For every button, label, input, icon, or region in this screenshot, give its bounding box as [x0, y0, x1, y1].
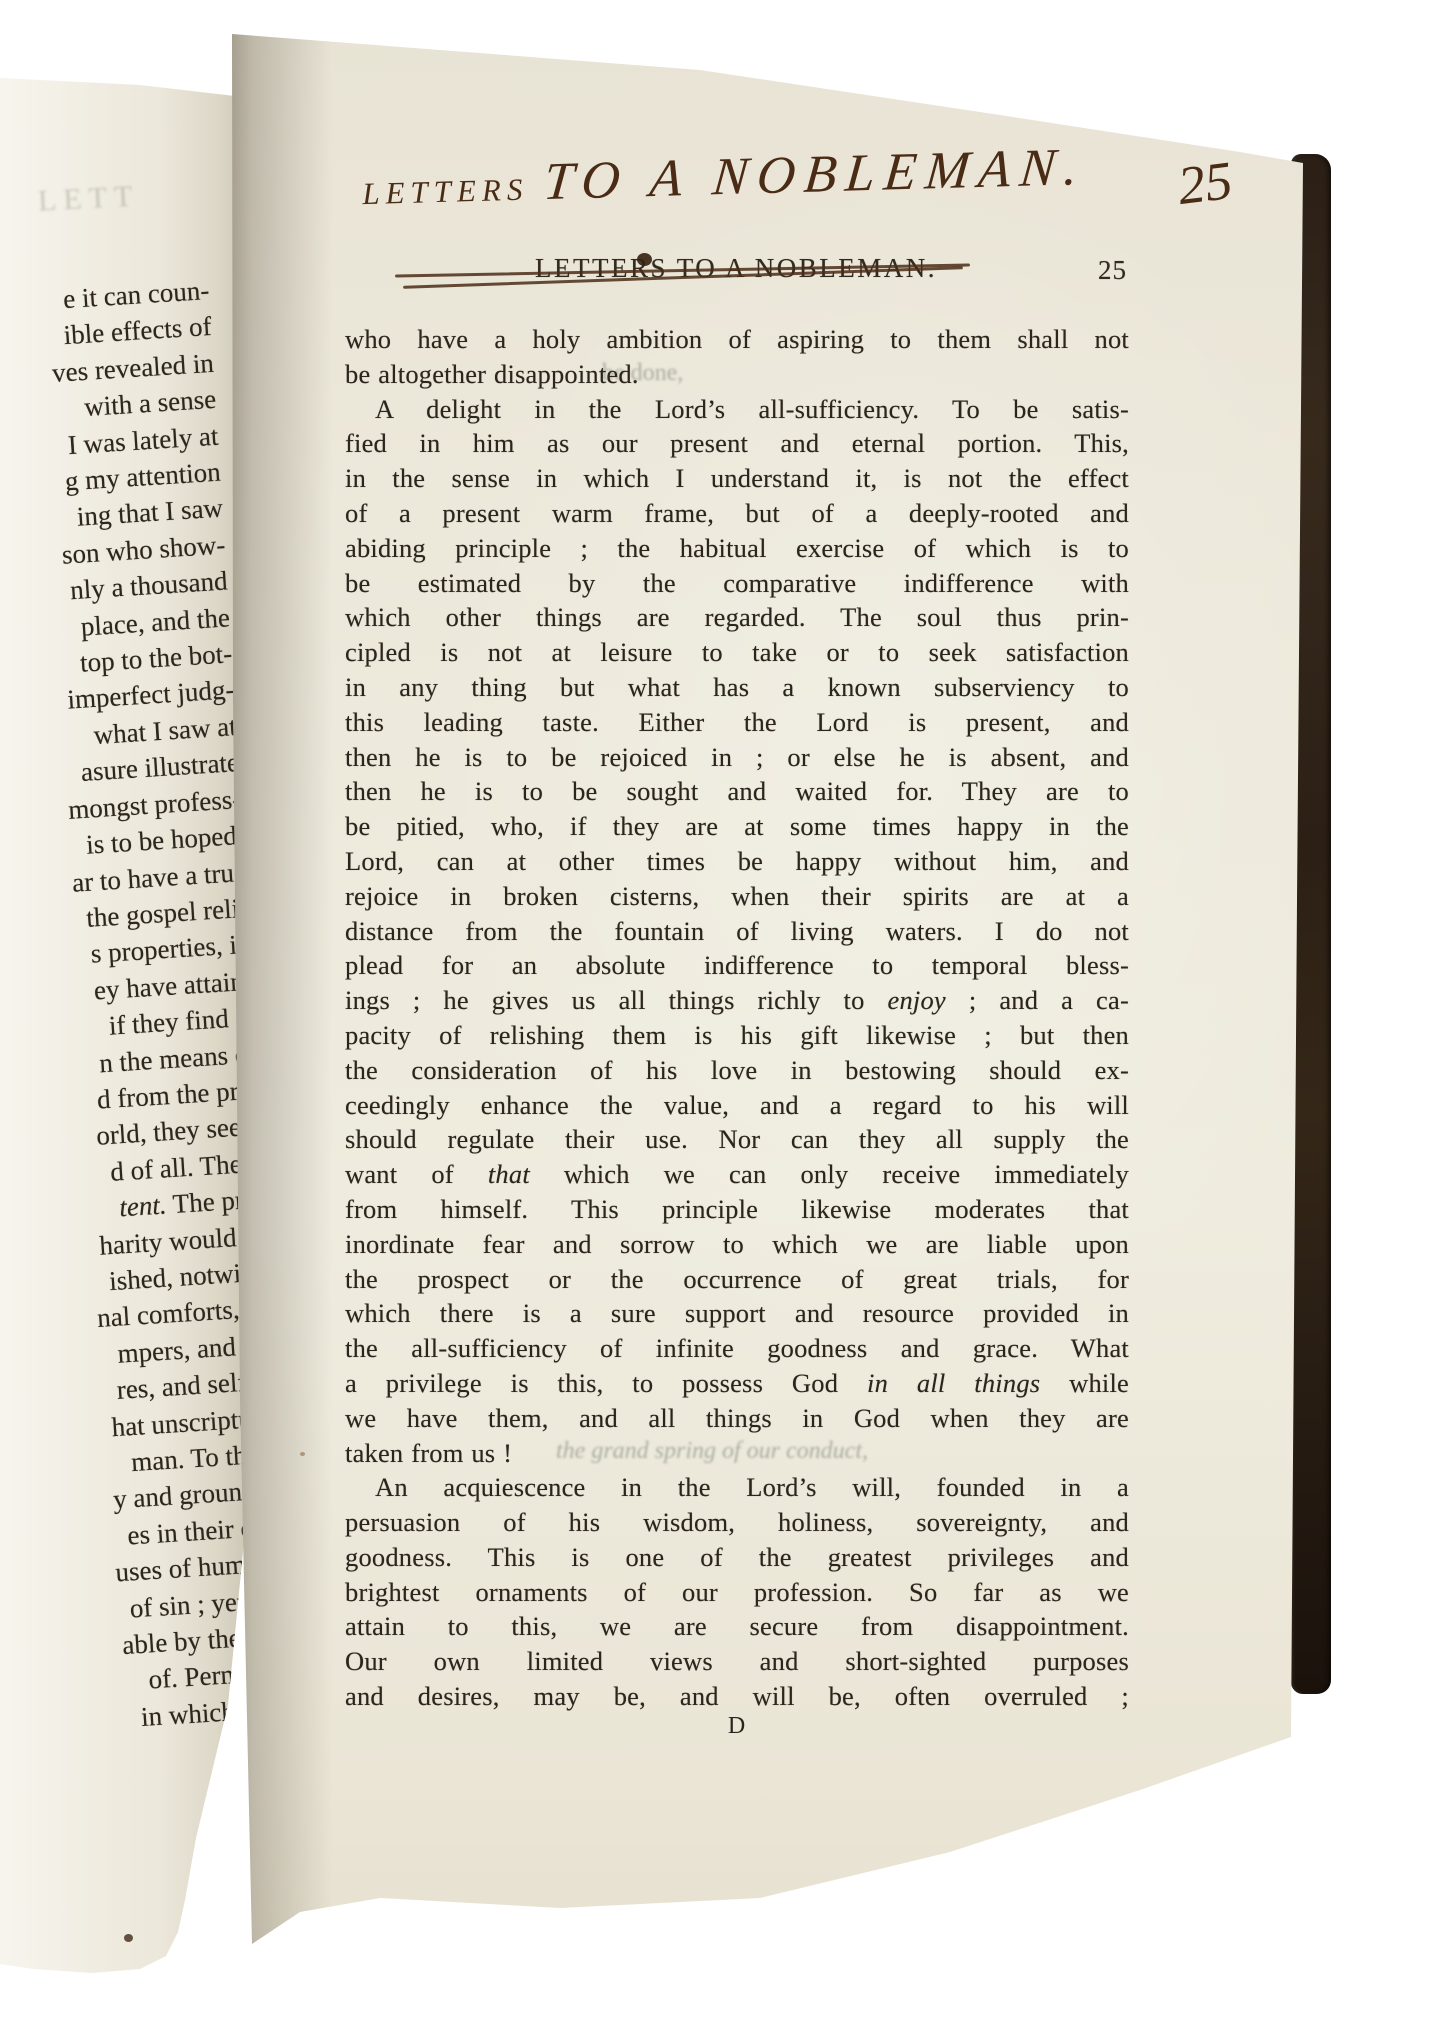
printed-running-head: LETTERS TO A NOBLEMAN. 25 — [345, 253, 1127, 293]
text-line: this leading taste. Either the Lord is p… — [345, 705, 1129, 740]
text-line: be altogether disappointed. — [345, 357, 1129, 392]
handwritten-title-letters: LETTERS — [362, 172, 529, 212]
text-line: cipled is not at leisure to take or to s… — [345, 635, 1129, 670]
book-photo: LETT e it can coun-ible effects ofves re… — [0, 0, 1445, 2023]
text-line: Our own limited views and short-sighted … — [345, 1644, 1129, 1679]
text-line: in the sense in which I understand it, i… — [345, 461, 1129, 496]
text-line: be estimated by the comparative indiffer… — [345, 566, 1129, 601]
text-line: taken from us ! — [345, 1436, 1129, 1471]
ink-blot — [637, 253, 652, 266]
text-line: want of that which we can only receive i… — [345, 1157, 1129, 1192]
foxing-speck — [300, 1452, 305, 1456]
text-line: then he is to be rejoiced in ; or else h… — [345, 740, 1129, 775]
text-line: pacity of relishing them is his gift lik… — [345, 1018, 1129, 1053]
text-line: a privilege is this, to possess God in a… — [345, 1366, 1129, 1401]
text-line: from himself. This principle likewise mo… — [345, 1192, 1129, 1227]
text-line: of a present warm frame, but of a deeply… — [345, 496, 1129, 531]
text-line: A delight in the Lord’s all-sufficiency.… — [345, 392, 1129, 427]
text-line: the all-sufficiency of infinite goodness… — [345, 1331, 1129, 1366]
left-page-ghost-header: LETT — [37, 179, 140, 218]
text-line: ings ; he gives us all things richly to … — [345, 983, 1129, 1018]
text-line: and desires, may be, and will be, often … — [345, 1679, 1129, 1714]
printed-page-number: 25 — [1098, 255, 1127, 286]
text-line: inordinate fear and sorrow to which we a… — [345, 1227, 1129, 1262]
text-line: which there is a sure support and resour… — [345, 1296, 1129, 1331]
text-line: brightest ornaments of our profession. S… — [345, 1575, 1129, 1610]
text-line: who have a holy ambition of aspiring to … — [345, 322, 1129, 357]
text-line: persuasion of his wisdom, holiness, sove… — [345, 1505, 1129, 1540]
text-line: attain to this, we are secure from disap… — [345, 1609, 1129, 1644]
signature-mark: D — [345, 1713, 1129, 1740]
text-line: Lord, can at other times be happy withou… — [345, 844, 1129, 879]
foxing-speck — [124, 1934, 133, 1942]
text-line: rejoice in broken cisterns, when their s… — [345, 879, 1129, 914]
text-line: fied in him as our present and eternal p… — [345, 426, 1129, 461]
text-line: plead for an absolute indifference to te… — [345, 948, 1129, 983]
text-line: An acquiescence in the Lord’s will, foun… — [345, 1470, 1129, 1505]
text-line: distance from the fountain of living wat… — [345, 914, 1129, 949]
text-line: we have them, and all things in God when… — [345, 1401, 1129, 1436]
text-line: should regulate their use. Nor can they … — [345, 1122, 1129, 1157]
text-line: which other things are regarded. The sou… — [345, 600, 1129, 635]
body-text: who have a holy ambition of aspiring to … — [345, 322, 1129, 1714]
text-line: the consideration of his love in bestowi… — [345, 1053, 1129, 1088]
text-line: the prospect or the occurrence of great … — [345, 1262, 1129, 1297]
text-line: abiding principle ; the habitual exercis… — [345, 531, 1129, 566]
handwritten-header: LETTERS TO A NOBLEMAN. — [361, 135, 1162, 217]
handwritten-page-number: 25 — [1174, 149, 1235, 217]
text-line: goodness. This is one of the greatest pr… — [345, 1540, 1129, 1575]
text-line: ceedingly enhance the value, and a regar… — [345, 1088, 1129, 1123]
text-line: be pitied, who, if they are at some time… — [345, 809, 1129, 844]
text-line: then he is to be sought and waited for. … — [345, 774, 1129, 809]
text-line: in any thing but what has a known subser… — [345, 670, 1129, 705]
handwritten-title-main: TO A NOBLEMAN. — [541, 137, 1089, 212]
